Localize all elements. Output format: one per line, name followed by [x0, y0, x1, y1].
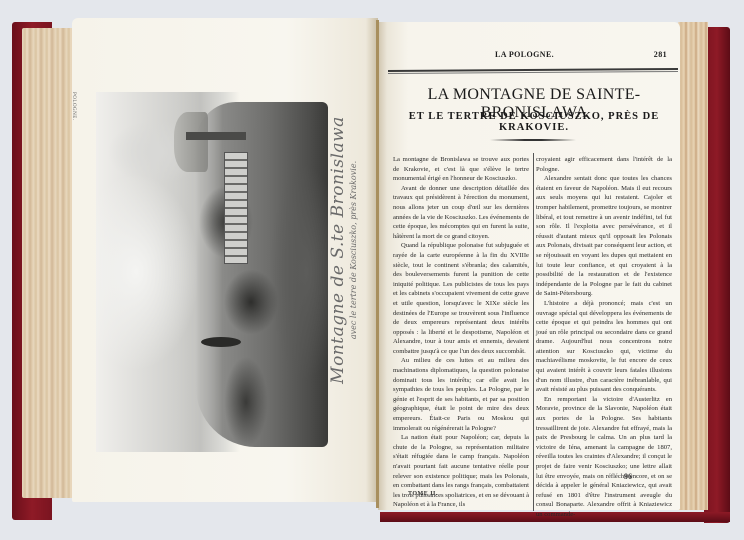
text-column-1: La montagne de Bronislawa se trouve aux …	[393, 155, 529, 510]
engraving-tree	[201, 337, 241, 347]
paragraph: Alexandre sentait donc que toutes les ch…	[536, 174, 672, 299]
ornamental-rule	[490, 139, 576, 141]
plate-caption: Montagne de S.te Bronislawa avec le tert…	[328, 50, 368, 450]
paragraph: La nation était pour Napoléon; car, depu…	[393, 433, 529, 510]
paragraph: L'histoire a déjà prononcé; mais c'est u…	[536, 299, 672, 395]
text-column-2: croyaient agir efficacement dans l'intér…	[536, 155, 672, 520]
book-gutter	[376, 20, 379, 508]
article-subheadline: ET LE TERTRE DE KOSCIUSZKO, PRÈS DE KRAK…	[392, 111, 676, 133]
paragraph: Quand la république polonaise fut subjug…	[393, 241, 529, 356]
page-number: 281	[654, 50, 667, 59]
page-stack-right	[678, 22, 708, 510]
side-label: POLOGNE.	[71, 92, 76, 132]
running-head-title: LA POLOGNE.	[495, 50, 554, 59]
engraving-tower	[186, 132, 246, 140]
volume-label: TOME II.	[408, 491, 438, 497]
paragraph: Avant de donner une description détaillé…	[393, 184, 529, 242]
plate-caption-main: Montagne de S.te Bronislawa	[328, 50, 348, 450]
engraving-plate	[96, 92, 328, 452]
page-stack-left	[22, 28, 74, 498]
engraving-building	[224, 152, 248, 264]
paragraph: Au milieu de ces luttes et au milieu des…	[393, 356, 529, 433]
paragraph: La montagne de Bronislawa se trouve aux …	[393, 155, 529, 184]
column-divider	[533, 153, 534, 511]
paragraph: croyaient agir efficacement dans l'intér…	[536, 155, 672, 174]
paragraph: En remportant la victoire d'Austerlitz e…	[536, 395, 672, 520]
signature-mark: 96	[624, 472, 632, 481]
plate-caption-sub: avec le tertre de Kosciuszko, près Krako…	[348, 50, 360, 450]
engraving-landscape	[196, 102, 328, 447]
